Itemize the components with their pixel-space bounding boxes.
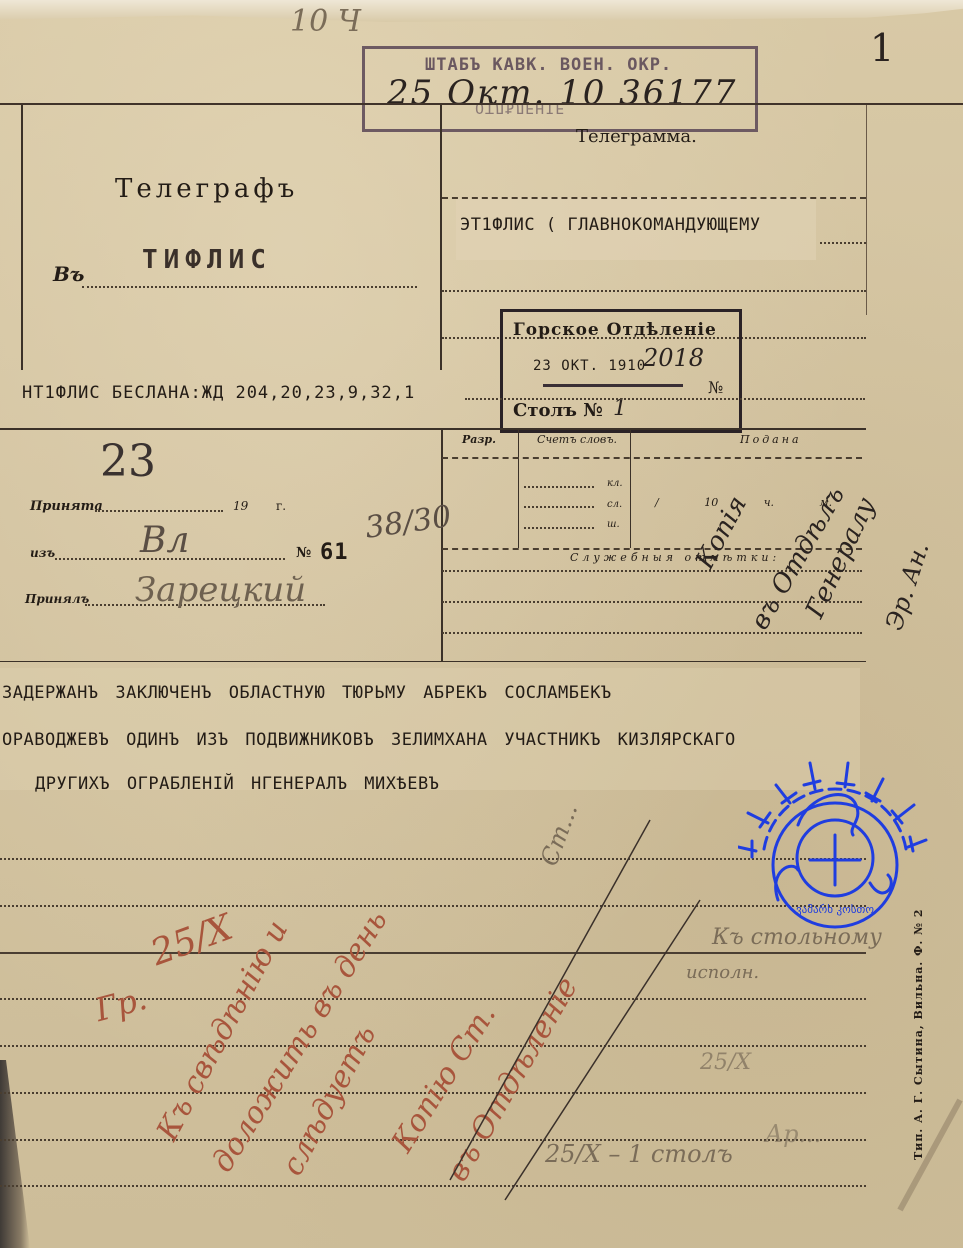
diagonal-strike-lines	[0, 0, 963, 1248]
printer-imprint: Тип. А. Г. Сытина, Вильна. Ф. № 2	[912, 908, 925, 1160]
grey-bottom-date: 25/Х – 1 столъ	[545, 1140, 733, 1168]
watermark-text: ვამარხ კოსთო	[796, 903, 874, 916]
watermark-logo: ვამარხ კოსთო	[738, 755, 928, 930]
grey-bottom-signature: Ар...	[765, 1120, 821, 1148]
grey-right-note-3: 25/Х	[700, 1050, 751, 1075]
grey-right-note-2: исполн.	[686, 962, 759, 983]
